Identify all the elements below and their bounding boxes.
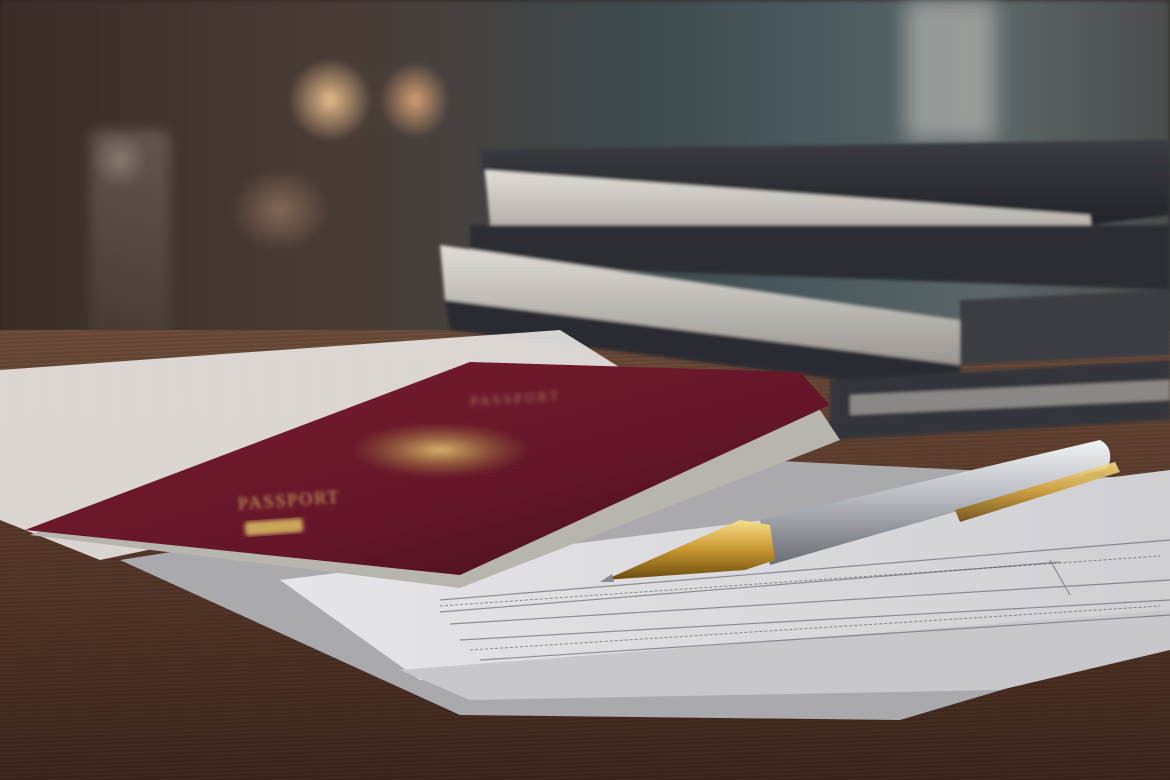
photo-scene: PASSPORT PASSPORT bbox=[0, 0, 1170, 780]
ballpoint-pen bbox=[0, 0, 1170, 780]
